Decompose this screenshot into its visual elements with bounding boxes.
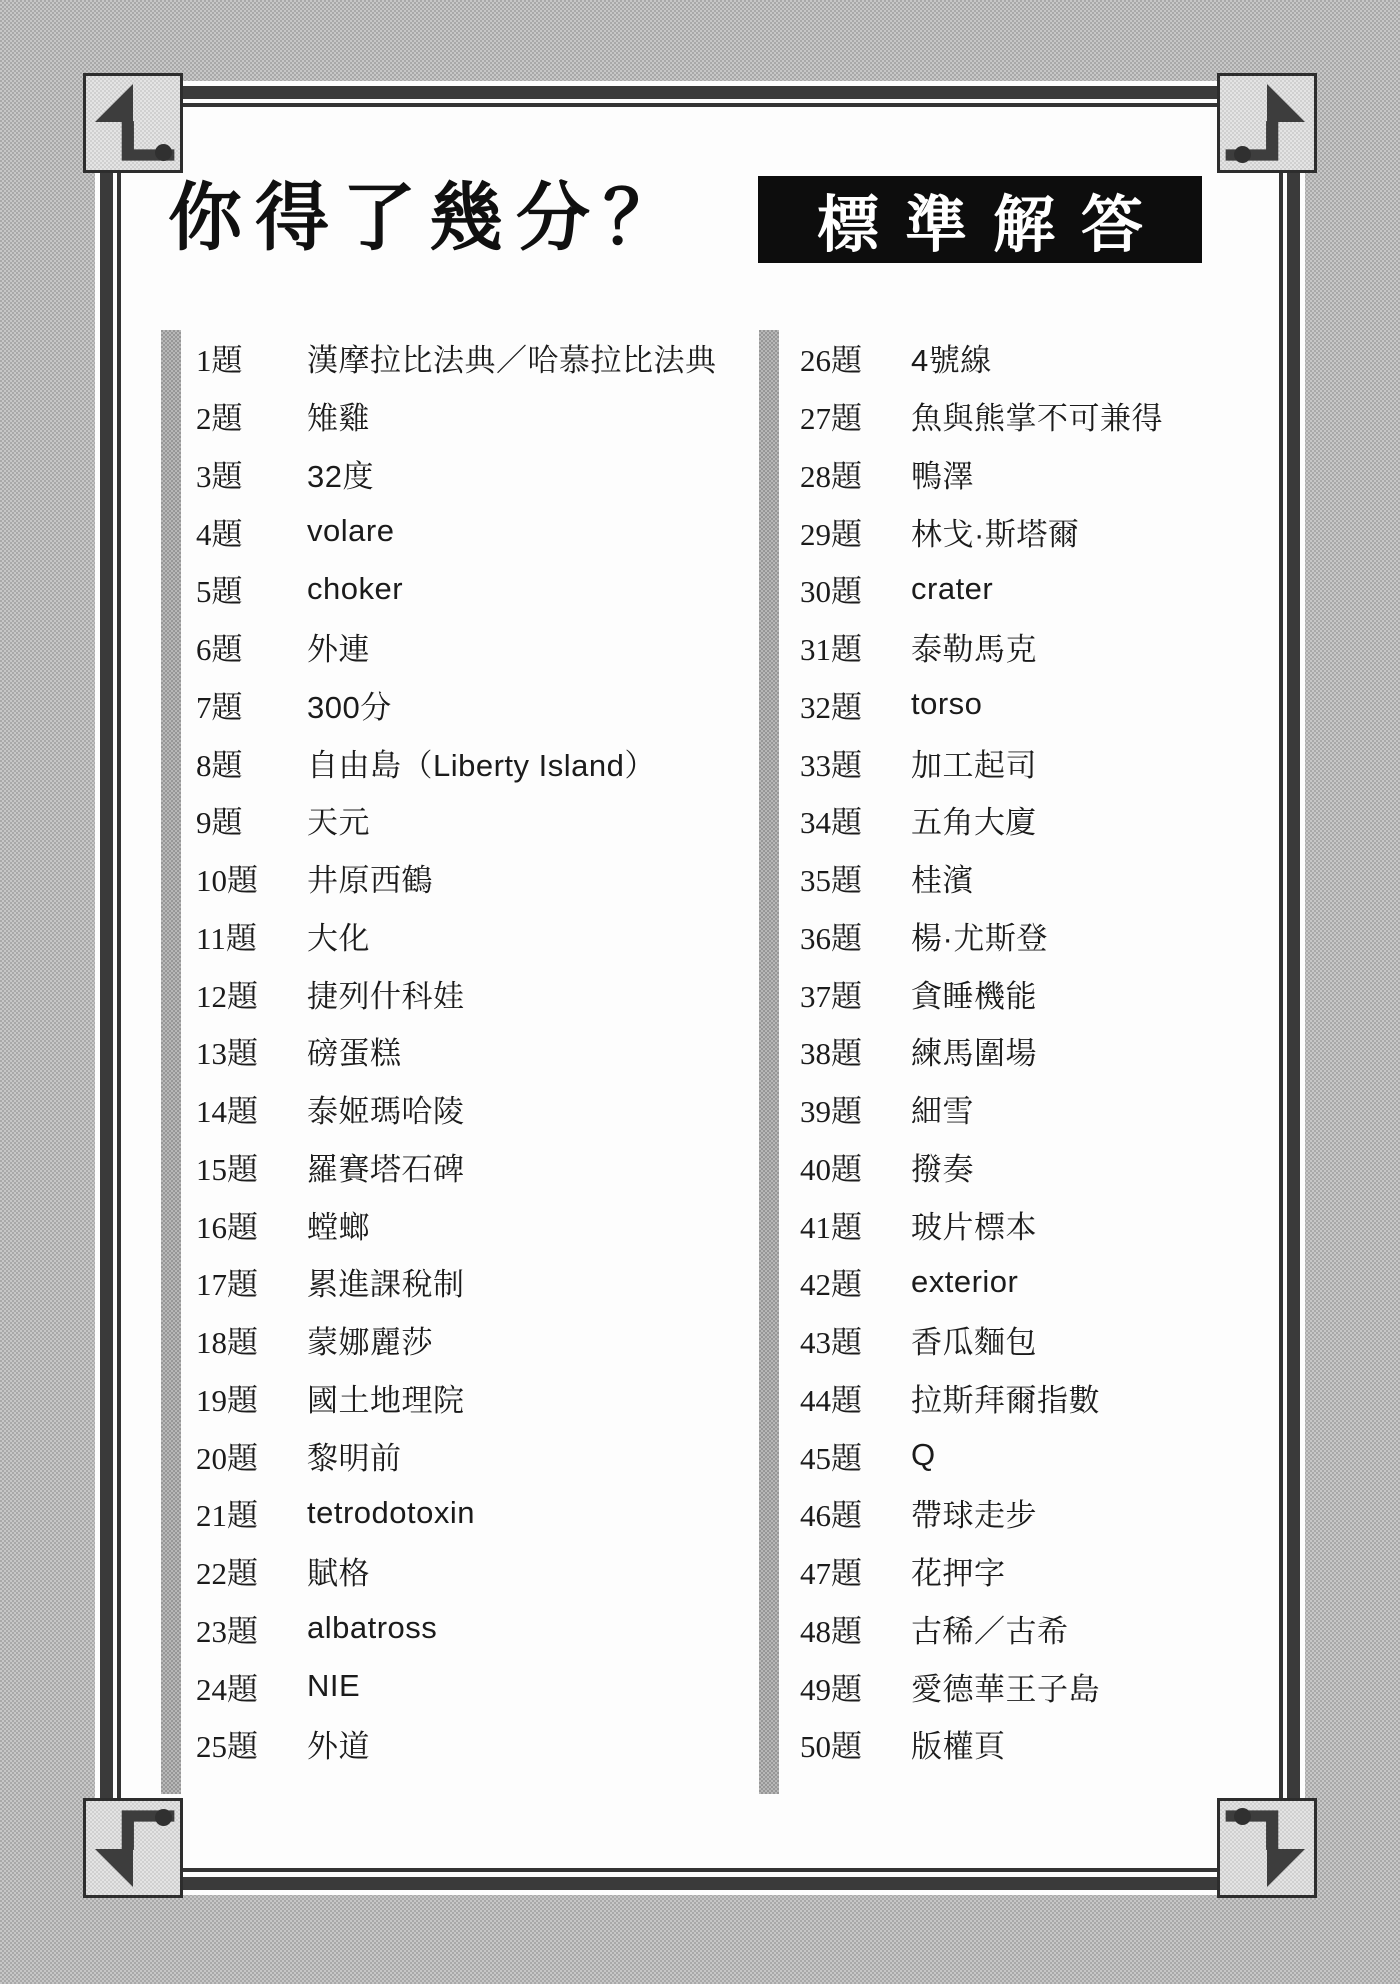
- answer-text: 蒙娜麗莎: [307, 1317, 433, 1362]
- answer-text: 泰姬瑪哈陵: [307, 1086, 465, 1131]
- answer-row: 50題版權頁: [800, 1715, 1280, 1773]
- answer-text: 天元: [307, 797, 370, 842]
- answer-text: 磅蛋糕: [307, 1028, 402, 1073]
- answer-row: 49題愛德華王子島: [800, 1657, 1280, 1715]
- question-number-label: 37題: [800, 971, 911, 1016]
- question-number-label: 4題: [196, 509, 307, 554]
- answer-text: 黎明前: [307, 1433, 402, 1478]
- answer-row: 40題撥奏: [800, 1138, 1280, 1196]
- answers-column-right: 26題4號線27題魚與熊掌不可兼得28題鴨澤29題林戈·斯塔爾30題crater…: [800, 329, 1280, 1773]
- question-number-label: 31題: [800, 624, 911, 669]
- answer-text: 魚與熊掌不可兼得: [911, 393, 1163, 438]
- answer-key-badge: 標準解答: [758, 176, 1202, 263]
- question-number-label: 3題: [196, 451, 307, 496]
- corner-arrow-icon: [95, 1849, 133, 1887]
- answer-text: 拉斯拜爾指數: [911, 1375, 1100, 1420]
- question-number-label: 15題: [196, 1144, 307, 1189]
- question-number-label: 33題: [800, 740, 911, 785]
- question-number-label: 1題: [196, 335, 307, 380]
- answer-row: 23題albatross: [196, 1600, 676, 1658]
- corner-arrow-icon: [1267, 84, 1305, 122]
- answer-row: 3題32度: [196, 445, 676, 503]
- answer-row: 11題大化: [196, 907, 676, 965]
- answer-text: 外連: [307, 624, 370, 669]
- answer-row: 39題細雪: [800, 1080, 1280, 1138]
- answer-text: 玻片標本: [911, 1202, 1037, 1247]
- answer-row: 8題自由島（Liberty Island）: [196, 733, 676, 791]
- answer-text: 螳螂: [307, 1202, 370, 1247]
- answer-row: 37題貪睡機能: [800, 964, 1280, 1022]
- page-title: 你得了幾分？: [168, 176, 690, 260]
- question-number-label: 6題: [196, 624, 307, 669]
- question-number-label: 28題: [800, 451, 911, 496]
- answer-row: 41題玻片標本: [800, 1195, 1280, 1253]
- answer-text: 五角大廈: [911, 797, 1037, 842]
- answer-row: 21題tetrodotoxin: [196, 1484, 676, 1542]
- answer-text: NIE: [307, 1668, 360, 1704]
- corner-dot-icon: [155, 144, 172, 161]
- answer-row: 32題torso: [800, 676, 1280, 734]
- answer-row: 46題帶球走步: [800, 1484, 1280, 1542]
- question-number-label: 27題: [800, 393, 911, 438]
- answer-row: 43題香瓜麵包: [800, 1311, 1280, 1369]
- question-number-label: 44題: [800, 1375, 911, 1420]
- question-number-label: 38題: [800, 1028, 911, 1073]
- answer-row: 25題外道: [196, 1715, 676, 1773]
- question-number-label: 20題: [196, 1433, 307, 1478]
- answer-text: 楊·尤斯登: [911, 913, 1048, 958]
- answer-row: 44題拉斯拜爾指數: [800, 1369, 1280, 1427]
- answer-row: 16題螳螂: [196, 1195, 676, 1253]
- corner-dot-icon: [155, 1809, 172, 1826]
- question-number-label: 7題: [196, 682, 307, 727]
- question-number-label: 50題: [800, 1721, 911, 1766]
- answer-row: 13題磅蛋糕: [196, 1022, 676, 1080]
- answer-row: 31題泰勒馬克: [800, 618, 1280, 676]
- corner-arrow-icon: [1267, 1849, 1305, 1887]
- question-number-label: 16題: [196, 1202, 307, 1247]
- answer-text: 古稀／古希: [911, 1606, 1069, 1651]
- answer-text: 練馬圍場: [911, 1028, 1037, 1073]
- question-number-label: 9題: [196, 797, 307, 842]
- answer-row: 19題國土地理院: [196, 1369, 676, 1427]
- answer-text: 自由島（Liberty Island）: [307, 740, 656, 785]
- answer-row: 29題林戈·斯塔爾: [800, 502, 1280, 560]
- question-number-label: 13題: [196, 1028, 307, 1073]
- answer-row: 9題天元: [196, 791, 676, 849]
- question-number-label: 2題: [196, 393, 307, 438]
- question-number-label: 25題: [196, 1721, 307, 1766]
- answer-text: 國土地理院: [307, 1375, 465, 1420]
- answer-row: 47題花押字: [800, 1542, 1280, 1600]
- answer-row: 22題賦格: [196, 1542, 676, 1600]
- answer-row: 6題外連: [196, 618, 676, 676]
- question-number-label: 46題: [800, 1490, 911, 1535]
- answer-row: 33題加工起司: [800, 733, 1280, 791]
- left-column-rule: [161, 330, 181, 1794]
- question-number-label: 11題: [196, 913, 307, 958]
- answer-text: volare: [307, 513, 394, 549]
- page-background: 你得了幾分？ 標準解答 1題漢摩拉比法典／哈慕拉比法典2題雉雞3題32度4題vo…: [0, 0, 1400, 1984]
- question-number-label: 43題: [800, 1317, 911, 1362]
- question-number-label: 35題: [800, 855, 911, 900]
- answer-row: 34題五角大廈: [800, 791, 1280, 849]
- answer-row: 38題練馬圍場: [800, 1022, 1280, 1080]
- answer-text: 帶球走步: [911, 1490, 1037, 1535]
- answer-row: 2題雉雞: [196, 387, 676, 445]
- question-number-label: 30題: [800, 566, 911, 611]
- answer-row: 18題蒙娜麗莎: [196, 1311, 676, 1369]
- answer-text: 漢摩拉比法典／哈慕拉比法典: [307, 335, 717, 380]
- answer-text: choker: [307, 571, 403, 607]
- answer-text: 大化: [307, 913, 370, 958]
- question-number-label: 48題: [800, 1606, 911, 1651]
- answer-row: 42題exterior: [800, 1253, 1280, 1311]
- answer-text: 32度: [307, 451, 374, 496]
- answer-row: 7題300分: [196, 676, 676, 734]
- corner-ornament-top-right: [1217, 73, 1317, 173]
- answer-text: exterior: [911, 1264, 1018, 1300]
- question-number-label: 39題: [800, 1086, 911, 1131]
- question-number-label: 17題: [196, 1259, 307, 1304]
- question-number-label: 45題: [800, 1433, 911, 1478]
- answer-row: 27題魚與熊掌不可兼得: [800, 387, 1280, 445]
- answer-text: tetrodotoxin: [307, 1495, 475, 1531]
- answer-text: 香瓜麵包: [911, 1317, 1037, 1362]
- answer-text: 捷列什科娃: [307, 971, 465, 1016]
- answer-text: 撥奏: [911, 1144, 974, 1189]
- question-number-label: 42題: [800, 1259, 911, 1304]
- question-number-label: 18題: [196, 1317, 307, 1362]
- answer-row: 24題NIE: [196, 1657, 676, 1715]
- answer-row: 1題漢摩拉比法典／哈慕拉比法典: [196, 329, 676, 387]
- question-number-label: 36題: [800, 913, 911, 958]
- question-number-label: 22題: [196, 1548, 307, 1593]
- question-number-label: 41題: [800, 1202, 911, 1247]
- answer-text: 外道: [307, 1721, 370, 1766]
- question-number-label: 26題: [800, 335, 911, 380]
- question-number-label: 21題: [196, 1490, 307, 1535]
- answer-text: 300分: [307, 682, 392, 727]
- question-number-label: 32題: [800, 682, 911, 727]
- question-number-label: 5題: [196, 566, 307, 611]
- answer-row: 26題4號線: [800, 329, 1280, 387]
- corner-ornament-bottom-right: [1217, 1798, 1317, 1898]
- answer-row: 36題楊·尤斯登: [800, 907, 1280, 965]
- answer-row: 14題泰姬瑪哈陵: [196, 1080, 676, 1138]
- answer-text: 加工起司: [911, 740, 1037, 785]
- answer-row: 5題choker: [196, 560, 676, 618]
- answer-row: 48題古稀／古希: [800, 1600, 1280, 1658]
- question-number-label: 24題: [196, 1664, 307, 1709]
- answer-text: 羅賽塔石碑: [307, 1144, 465, 1189]
- answer-text: 泰勒馬克: [911, 624, 1037, 669]
- question-number-label: 47題: [800, 1548, 911, 1593]
- answer-text: albatross: [307, 1610, 437, 1646]
- answer-row: 17題累進課稅制: [196, 1253, 676, 1311]
- answer-row: 10題井原西鶴: [196, 849, 676, 907]
- answer-text: 細雪: [911, 1086, 974, 1131]
- answer-text: 花押字: [911, 1548, 1006, 1593]
- corner-arrow-icon: [95, 84, 133, 122]
- answer-row: 12題捷列什科娃: [196, 964, 676, 1022]
- corner-dot-icon: [1234, 1808, 1251, 1825]
- answer-row: 15題羅賽塔石碑: [196, 1138, 676, 1196]
- question-number-label: 49題: [800, 1664, 911, 1709]
- answer-text: 4號線: [911, 335, 992, 380]
- answer-row: 28題鴨澤: [800, 445, 1280, 503]
- answer-row: 20題黎明前: [196, 1426, 676, 1484]
- question-number-label: 29題: [800, 509, 911, 554]
- answer-text: 鴨澤: [911, 451, 974, 496]
- answer-text: 賦格: [307, 1548, 370, 1593]
- answer-text: 雉雞: [307, 393, 370, 438]
- answer-row: 30題crater: [800, 560, 1280, 618]
- answer-text: 井原西鶴: [307, 855, 433, 900]
- answer-text: 愛德華王子島: [911, 1664, 1100, 1709]
- answer-row: 35題桂濱: [800, 849, 1280, 907]
- answer-row: 45題Q: [800, 1426, 1280, 1484]
- question-number-label: 10題: [196, 855, 307, 900]
- answer-text: 林戈·斯塔爾: [911, 509, 1079, 554]
- answer-row: 4題volare: [196, 502, 676, 560]
- question-number-label: 40題: [800, 1144, 911, 1189]
- question-number-label: 8題: [196, 740, 307, 785]
- corner-dot-icon: [1234, 146, 1251, 163]
- answer-text: 版權頁: [911, 1721, 1006, 1766]
- question-number-label: 19題: [196, 1375, 307, 1420]
- answer-text: Q: [911, 1437, 936, 1473]
- answer-text: 累進課稅制: [307, 1259, 465, 1304]
- question-number-label: 23題: [196, 1606, 307, 1651]
- question-number-label: 14題: [196, 1086, 307, 1131]
- right-column-rule: [759, 330, 779, 1794]
- question-number-label: 12題: [196, 971, 307, 1016]
- question-number-label: 34題: [800, 797, 911, 842]
- answer-text: torso: [911, 686, 982, 722]
- answer-text: 桂濱: [911, 855, 974, 900]
- answer-text: crater: [911, 571, 993, 607]
- answer-text: 貪睡機能: [911, 971, 1037, 1016]
- answers-column-left: 1題漢摩拉比法典／哈慕拉比法典2題雉雞3題32度4題volare5題choker…: [196, 329, 676, 1773]
